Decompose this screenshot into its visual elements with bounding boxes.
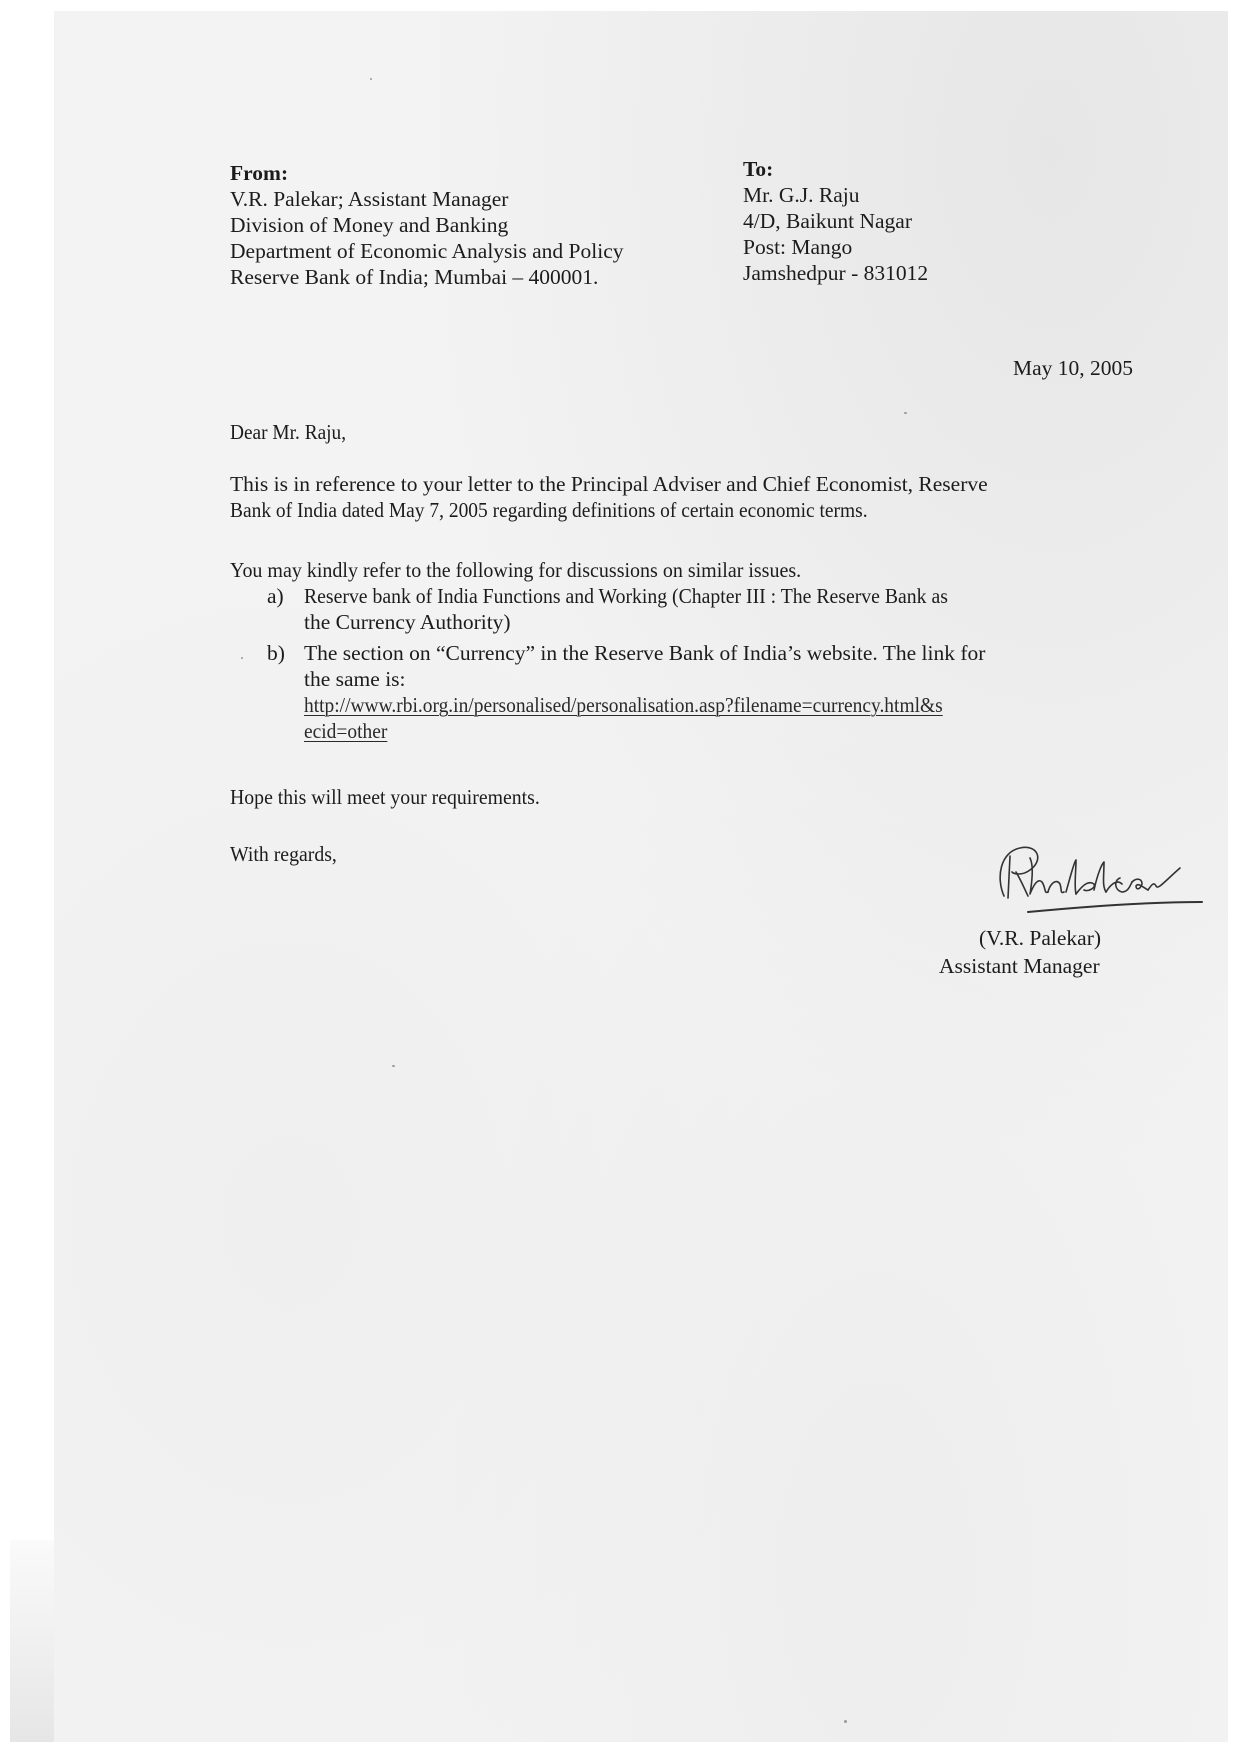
scan-speck [392, 1065, 395, 1067]
paragraph-reference: This is in reference to your letter to t… [230, 471, 988, 523]
list-marker-a: a) [267, 583, 284, 609]
regards-line: With regards, [230, 841, 337, 867]
to-block: To: Mr. G.J. Raju 4/D, Baikunt Nagar Pos… [743, 156, 928, 286]
paragraph-line: This is in reference to your letter to t… [230, 471, 988, 497]
from-line: Department of Economic Analysis and Poli… [230, 238, 624, 264]
reference-line: The section on “Currency” in the Reserve… [304, 640, 1010, 666]
to-line: Mr. G.J. Raju [743, 182, 928, 208]
paragraph-line: Bank of India dated May 7, 2005 regardin… [230, 497, 916, 523]
reference-line: Reserve bank of India Functions and Work… [304, 583, 948, 609]
signatory-title: Assistant Manager [939, 953, 1100, 979]
from-heading: From: [230, 160, 624, 186]
from-line: Division of Money and Banking [230, 212, 624, 238]
reference-line: the Currency Authority) [304, 609, 1005, 635]
closing-line: Hope this will meet your requirements. [230, 784, 540, 810]
to-line: Post: Mango [743, 234, 928, 260]
handwritten-signature-icon [990, 838, 1205, 918]
to-line: Jamshedpur - 831012 [743, 260, 928, 286]
scan-speck [844, 1720, 847, 1723]
currency-page-link-continued[interactable]: ecid=other [304, 718, 943, 744]
list-marker-b: b) [267, 640, 285, 666]
scan-speck [241, 657, 243, 659]
scan-speck [904, 412, 907, 414]
from-line: Reserve Bank of India; Mumbai – 400001. [230, 264, 624, 290]
from-line: V.R. Palekar; Assistant Manager [230, 186, 624, 212]
letter-date: May 10, 2005 [1013, 355, 1133, 381]
scan-edge-strip [10, 1540, 55, 1742]
from-block: From: V.R. Palekar; Assistant Manager Di… [230, 160, 624, 290]
salutation: Dear Mr. Raju, [230, 419, 346, 445]
to-line: 4/D, Baikunt Nagar [743, 208, 928, 234]
paragraph-refer-intro: You may kindly refer to the following fo… [230, 557, 801, 583]
reference-item-b: The section on “Currency” in the Reserve… [304, 640, 1010, 744]
to-heading: To: [743, 156, 928, 182]
reference-item-a: Reserve bank of India Functions and Work… [304, 583, 1005, 635]
reference-line: the same is: [304, 666, 1010, 692]
signatory-name: (V.R. Palekar) [979, 925, 1101, 951]
currency-page-link[interactable]: http://www.rbi.org.in/personalised/perso… [304, 692, 943, 718]
scan-speck [370, 78, 372, 80]
